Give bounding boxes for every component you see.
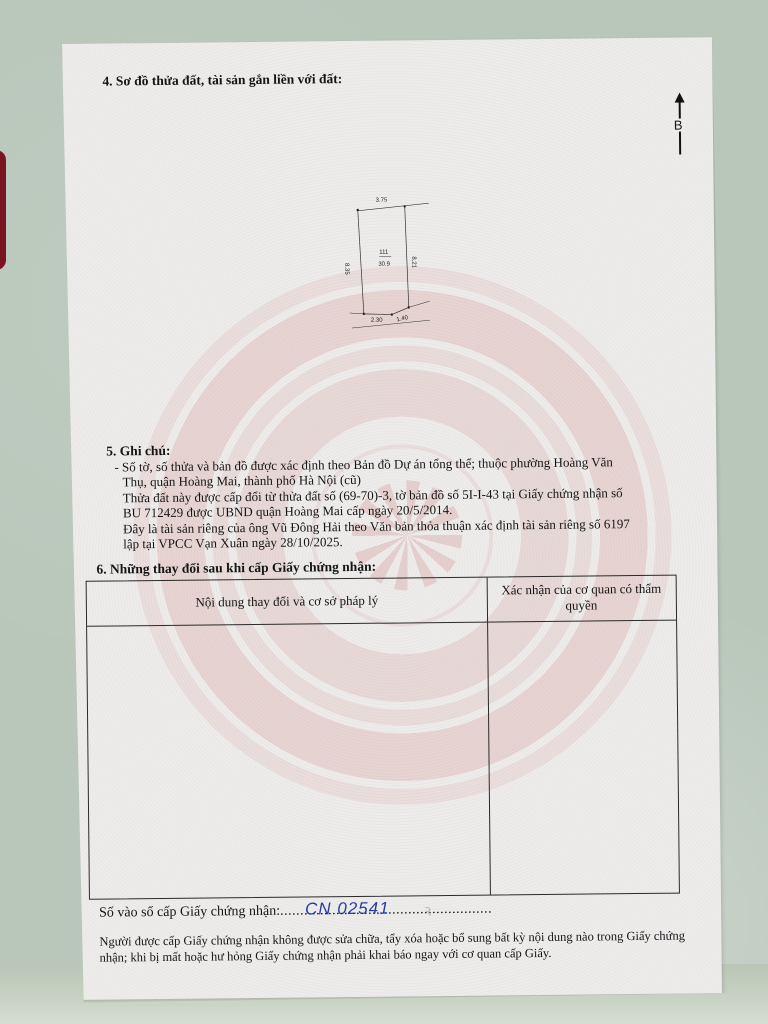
- notes-section: 5. Ghi chú: - Số tờ, số thửa và bản đồ đ…: [106, 437, 707, 552]
- red-object-edge: [0, 150, 6, 270]
- registration-label: Số vào sổ cấp Giấy chứng nhận:: [99, 904, 280, 921]
- column-header-confirmation: Xác nhận của cơ quan có thẩm quyền: [487, 581, 676, 615]
- parcel-area: 30.9: [378, 262, 390, 268]
- column-header-content: Nội dung thay đổi và cơ sở pháp lý: [87, 592, 487, 612]
- north-arrow-icon: B: [670, 92, 691, 158]
- dimension-right: 8.21: [410, 256, 416, 268]
- changes-table: Nội dung thay đổi và cơ sở pháp lý Xác n…: [86, 575, 680, 900]
- handwritten-mark: ꝛ: [424, 900, 431, 920]
- page-content: 4. Sơ đồ thửa đất, tài sản gắn liền với …: [62, 37, 722, 1000]
- dimension-top: 3.75: [376, 198, 388, 204]
- dimension-bottom-left: 2.30: [371, 318, 383, 324]
- land-certificate-page: 4. Sơ đồ thửa đất, tài sản gắn liền với …: [62, 37, 722, 1000]
- dimension-left: 8.35: [343, 263, 349, 275]
- section-6-title: 6. Những thay đổi sau khi cấp Giấy chứng…: [96, 559, 376, 578]
- north-label: B: [673, 118, 684, 131]
- section-4-title: 4. Sơ đồ thửa đất, tài sản gắn liền với …: [102, 71, 342, 90]
- parcel-number: 111: [379, 250, 389, 256]
- warning-notice: Người được cấp Giấy chứng nhận không đượ…: [99, 927, 699, 965]
- registration-number-line: Số vào sổ cấp Giấy chứng nhận:..........…: [99, 902, 492, 922]
- parcel-diagram: 111 30.9 3.75 8.35 8.21 2.30 1.40: [329, 190, 450, 331]
- handwritten-registration-number: CN 02541: [305, 899, 390, 920]
